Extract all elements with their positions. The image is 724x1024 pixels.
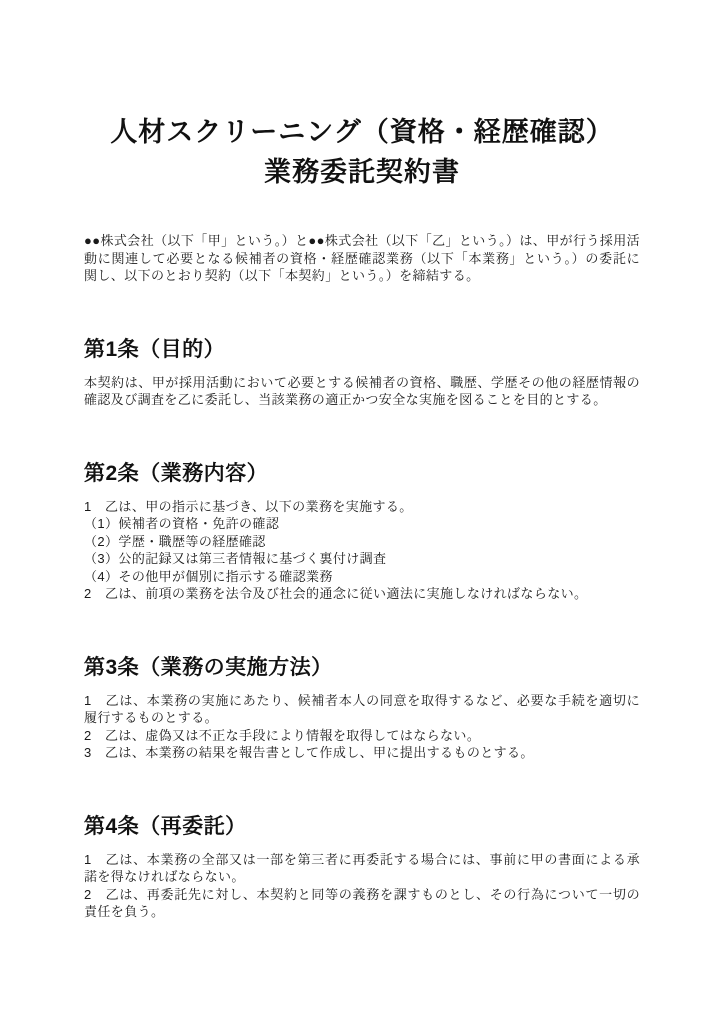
article-2-heading: 第2条（業務内容）: [84, 459, 640, 489]
article-2-item-4: （4）その他甲が個別に指示する確認業務: [84, 568, 640, 586]
article-3-body: 1 乙は、本業務の実施にあたり、候補者本人の同意を取得するなど、必要な手続を適切…: [84, 692, 640, 762]
article-4-clause-2: 2 乙は、再委託先に対し、本契約と同等の義務を課すものとし、その行為について一切…: [84, 886, 640, 921]
article-2-body: 1 乙は、甲の指示に基づき、以下の業務を実施する。 （1）候補者の資格・免許の確…: [84, 498, 640, 603]
document-title: 人材スクリーニング（資格・経歴確認） 業務委託契約書: [84, 112, 640, 192]
article-1-paragraph: 本契約は、甲が採用活動において必要とする候補者の資格、職歴、学歴その他の経歴情報…: [84, 374, 640, 409]
article-3-heading: 第3条（業務の実施方法）: [84, 653, 640, 683]
article-3-clause-2: 2 乙は、虚偽又は不正な手段により情報を取得してはならない。: [84, 727, 640, 745]
article-4-subcontracting: 第4条（再委託） 1 乙は、本業務の全部又は一部を第三者に再委託する場合には、事…: [84, 812, 640, 921]
article-1-body: 本契約は、甲が採用活動において必要とする候補者の資格、職歴、学歴その他の経歴情報…: [84, 374, 640, 409]
article-1-heading: 第1条（目的）: [84, 335, 640, 365]
article-2-item-1: （1）候補者の資格・免許の確認: [84, 515, 640, 533]
preamble-paragraph: ●●株式会社（以下「甲」という。）と●●株式会社（以下「乙」という。）は、甲が行…: [84, 232, 640, 285]
article-4-heading: 第4条（再委託）: [84, 812, 640, 842]
article-2-clause-1: 1 乙は、甲の指示に基づき、以下の業務を実施する。: [84, 498, 640, 516]
article-4-body: 1 乙は、本業務の全部又は一部を第三者に再委託する場合には、事前に甲の書面による…: [84, 851, 640, 921]
article-2-item-3: （3）公的記録又は第三者情報に基づく裏付け調査: [84, 550, 640, 568]
article-1-purpose: 第1条（目的） 本契約は、甲が採用活動において必要とする候補者の資格、職歴、学歴…: [84, 335, 640, 409]
article-2-clause-2: 2 乙は、前項の業務を法令及び社会的通念に従い適法に実施しなければならない。: [84, 585, 640, 603]
article-2-scope-of-work: 第2条（業務内容） 1 乙は、甲の指示に基づき、以下の業務を実施する。 （1）候…: [84, 459, 640, 603]
article-3-clause-3: 3 乙は、本業務の結果を報告書として作成し、甲に提出するものとする。: [84, 744, 640, 762]
article-2-item-2: （2）学歴・職歴等の経歴確認: [84, 533, 640, 551]
article-4-clause-1: 1 乙は、本業務の全部又は一部を第三者に再委託する場合には、事前に甲の書面による…: [84, 851, 640, 886]
article-3-method-of-performance: 第3条（業務の実施方法） 1 乙は、本業務の実施にあたり、候補者本人の同意を取得…: [84, 653, 640, 762]
contract-document-page: 人材スクリーニング（資格・経歴確認） 業務委託契約書 ●●株式会社（以下「甲」と…: [0, 0, 724, 1024]
document-title-line-2: 業務委託契約書: [84, 152, 640, 192]
document-title-line-1: 人材スクリーニング（資格・経歴確認）: [84, 112, 640, 152]
article-3-clause-1: 1 乙は、本業務の実施にあたり、候補者本人の同意を取得するなど、必要な手続を適切…: [84, 692, 640, 727]
